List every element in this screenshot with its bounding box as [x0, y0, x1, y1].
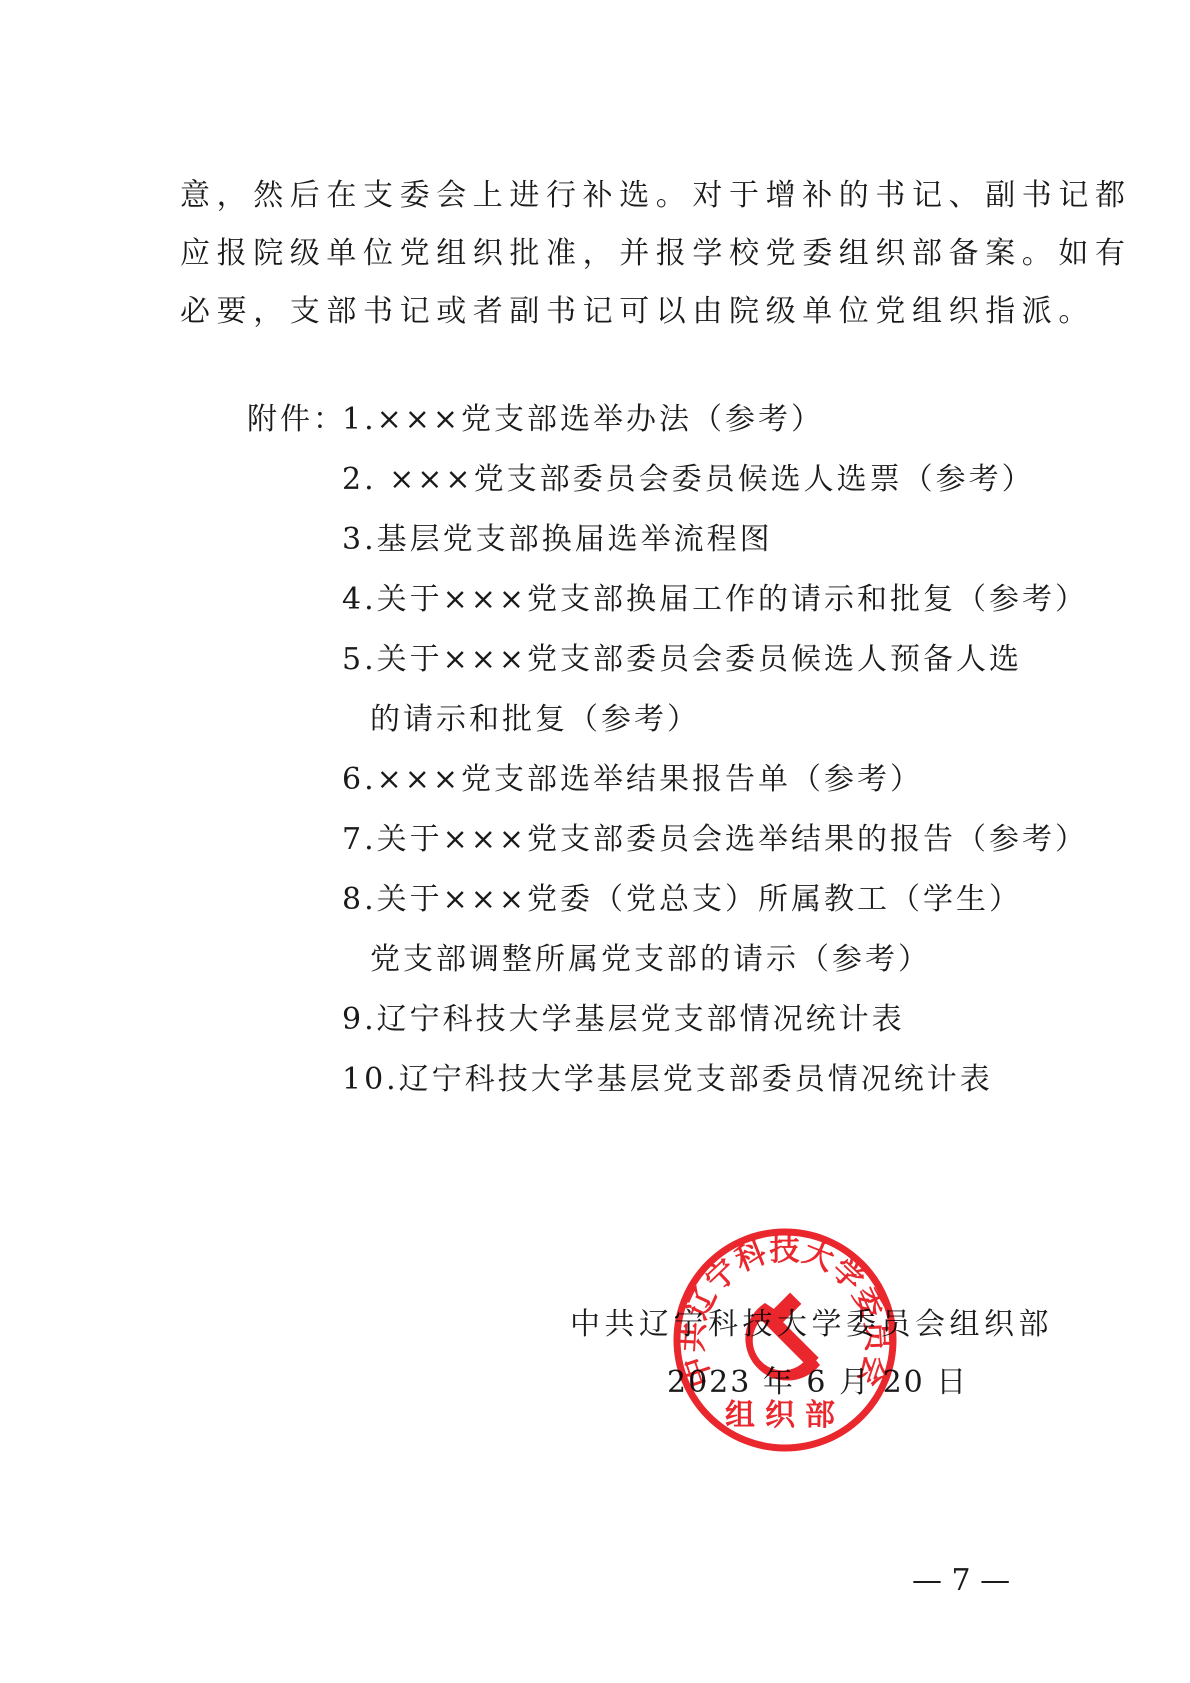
attachment-item-1: 1.×××党支部选举办法（参考）: [342, 400, 824, 440]
official-seal-icon: 中共辽宁科技大学委员会 组织部: [670, 1225, 900, 1455]
attachment-item-9: 9.辽宁科技大学基层党支部情况统计表: [342, 1000, 905, 1040]
seal-bottom-text: 组织部: [725, 1398, 845, 1433]
attachment-item-5-continuation: 的请示和批复（参考）: [370, 700, 700, 740]
body-paragraph-line-2: 应报院级单位党组织批准，并报学校党委组织部备案。如有: [180, 234, 1020, 274]
attachment-item-5: 5.关于×××党支部委员会委员候选人预备人选: [342, 640, 1022, 680]
attachment-item-4: 4.关于×××党支部换届工作的请示和批复（参考）: [342, 580, 1088, 620]
page-number: — 7 —: [912, 1563, 1010, 1599]
attachment-item-3: 3.基层党支部换届选举流程图: [342, 520, 773, 560]
attachment-item-8: 8.关于×××党委（党总支）所属教工（学生）: [342, 880, 1022, 920]
attachment-item-8-continuation: 党支部调整所属党支部的请示（参考）: [370, 940, 931, 980]
attachments-label: 附件：: [247, 400, 346, 440]
attachment-item-10: 10.辽宁科技大学基层党支部委员情况统计表: [342, 1060, 993, 1100]
attachment-item-7: 7.关于×××党支部委员会选举结果的报告（参考）: [342, 820, 1088, 860]
attachment-item-6: 6.×××党支部选举结果报告单（参考）: [342, 760, 923, 800]
hammer-and-sickle-icon: [745, 1293, 820, 1381]
body-paragraph-line-1: 意，然后在支委会上进行补选。对于增补的书记、副书记都: [180, 176, 1020, 216]
attachment-item-2: 2. ×××党支部委员会委员候选人选票（参考）: [342, 460, 1035, 500]
body-paragraph-line-3: 必要，支部书记或者副书记可以由院级单位党组织指派。: [180, 292, 1020, 332]
